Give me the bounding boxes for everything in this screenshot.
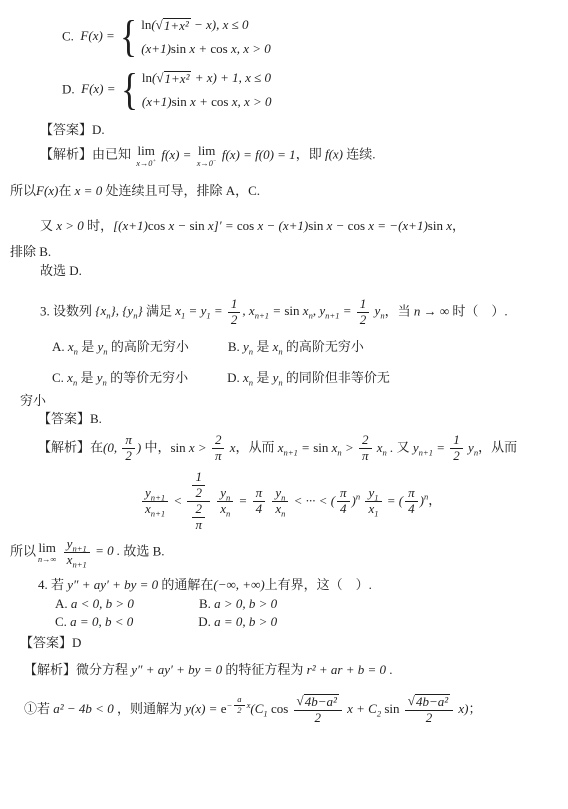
math-run: sin x > 2π x [170,440,235,455]
text-run: C. [55,614,70,629]
text-run: 所以 [10,543,36,558]
fraction: yn+1xn+1 [142,486,168,517]
q2-analysis: 【解析】由已知 limx→0+ f(x) = limx→0− f(x) = f(… [10,144,560,167]
math-run: [(x+1)cos x − sin x]′ = cos x − (x+1)sin… [113,218,452,233]
q3-display-formula: yn+1xn+1 < 122π ynxn = π4 ynxn < ··· < (… [10,470,560,533]
text-run: 排除 B. [10,244,51,259]
text-run: 是 [253,370,273,385]
document-page: C. F(x) = ln(1+x² − x), x ≤ 0(x+1)sin x … [0,0,568,809]
text-run: ，当 [385,303,414,318]
sqrt-radical: 1+x² [156,71,191,87]
text-run: 时， [84,218,113,233]
text-run: ，从而 [478,440,517,455]
math-run: a = 0, b < 0 [70,614,133,629]
text-run: D. [62,81,81,96]
q2-option-d: D. F(x) = ln(1+x² + x) + 1, x ≤ 0(x+1)si… [10,69,560,112]
math-run: xn [273,339,283,354]
math-run: F(x) [36,183,58,198]
fraction: 12 [357,297,370,328]
q3-options-ab: A. xn 是 yn 的高阶无穷小 B. yn 是 xn 的高阶无穷小 [10,338,560,357]
fraction: π4 [405,486,418,517]
text-run: D. [227,370,243,385]
piecewise-function: ln(1+x² + x) + 1, x ≤ 0(x+1)sin x + cos … [119,69,272,112]
fraction: 12 [192,470,205,501]
text-run: ， [452,218,465,233]
math-run: a > 0, b > 0 [214,596,277,611]
math-run: yn+1 = 12 yn [413,440,478,455]
math-run: (−∞, +∞) [213,577,264,592]
brace-icon [120,18,137,57]
math-run: yn [243,339,253,354]
math-run: a² − 4b < 0 [53,701,113,716]
text-run: B. [228,339,243,354]
text-run: 上有界，这（ ）. [265,577,372,592]
text-run: 【解析】在 [38,440,103,455]
q3-conclusion: 所以limn→∞ yn+1xn+1 = 0 . 故选 B. [10,537,560,568]
q3-stem: 3. 设数列 {xn}, {yn} 满足 x1 = y1 = 12, xn+1 … [10,297,560,328]
text-run: 满足 [143,303,176,318]
piecewise-function: ln(1+x² − x), x ≤ 0(x+1)sin x + cos x, x… [118,16,271,59]
sqrt-radical: 4b−a² [408,694,450,710]
text-run: 的特征方程为 [222,662,307,677]
math-run: yn+1xn+1 < 122π ynxn = π4 ynxn < ··· < (… [140,493,428,508]
text-run: 【答案】D. [40,122,105,137]
text-run: C. [62,28,80,43]
text-run [188,370,227,385]
text-run: B. [199,596,214,611]
q3-analysis: 【解析】在(0, π2) 中，sin x > 2π x，从而 xn+1 = si… [10,433,560,464]
math-run: xn [68,339,78,354]
fraction: y1x1 [365,486,381,517]
text-run: 处连续且可导，排除 A，C. [105,183,260,198]
math-run: {xn}, {yn} [95,303,142,318]
text-run [134,596,199,611]
math-run: n → ∞ [414,303,449,318]
math-run: yn [97,339,107,354]
text-run: 是 [78,339,98,354]
text-run: 穷小 [20,393,46,408]
math-run: x = 0 [71,183,105,198]
math-run: y(x) = e−a2x(C1 cos 4b−a²2 x + C2 sin 4b… [185,701,468,716]
math-run: a < 0, b > 0 [71,596,134,611]
text-run: 又 [40,218,56,233]
q2-choose-d: 故选 D. [10,262,560,281]
limit-underset: limx→0− [197,144,217,167]
fraction: a2 [234,695,244,716]
fraction: 12 [450,433,463,464]
text-run: 又 [393,440,413,455]
text-run: 【解析】由已知 [40,147,134,162]
text-run: A. [55,596,71,611]
limit-underset: limx→0+ [136,144,156,167]
text-run: 故选 B. [120,543,164,558]
sqrt-radical: 1+x² [156,18,191,34]
fraction: 2π [212,433,225,464]
text-run: 故选 D. [40,263,82,278]
text-run: 是 [253,339,273,354]
fraction: 122π [187,470,210,533]
math-run: (0, π2) [103,440,141,455]
text-run: 的同阶但非等价无 [283,370,390,385]
text-run: D. [198,614,214,629]
text-run: 是 [77,370,97,385]
text-run: 时（ ）. [449,303,508,318]
fraction: 2π [359,433,372,464]
math-run: F(x) = ln(1+x² − x), x ≤ 0(x+1)sin x + c… [80,28,270,43]
q2-analysis-3: 又 x > 0 时，[(x+1)cos x − sin x]′ = cos x … [10,217,560,236]
fraction: 2π [192,502,205,533]
q2-eliminate-b: 排除 B. [10,243,560,262]
text-run: ①若 [24,701,53,716]
fraction: ynxn [217,486,233,517]
text-run: . [386,662,393,677]
math-run: limn→∞ yn+1xn+1 = 0 . [36,543,120,558]
math-run: yn [97,370,107,385]
text-run: 【答案】D [20,635,81,650]
fraction: 4b−a²2 [405,694,453,726]
math-run: f(x) [325,147,343,162]
text-run: 的通解在 [158,577,213,592]
math-run: F(x) = ln(1+x² + x) + 1, x ≤ 0(x+1)sin x… [81,81,271,96]
q3-stem-cont: 穷小 [10,392,560,411]
fraction: π2 [122,433,135,464]
math-run: r² + ar + b = 0 [307,662,386,677]
q4-answer: 【答案】D [10,634,560,653]
math-run: x > 0 [56,218,84,233]
q2-answer: 【答案】D. [10,121,560,140]
fraction: π4 [337,486,350,517]
text-run: 【答案】B. [38,411,102,426]
fraction: π4 [253,486,266,517]
text-run [133,614,198,629]
math-run: limx→0+ f(x) = limx→0− f(x) = f(0) = 1 [134,147,295,162]
math-run: xn+1 = sin xn > 2π xn . [278,440,394,455]
text-run: ，则通解为 [114,701,186,716]
text-run: 连续. [343,147,376,162]
q4-options-cd: C. a = 0, b < 0 D. a = 0, b > 0 [10,613,560,632]
math-run: xn [243,370,253,385]
text-run: 在 [58,183,71,198]
q4-analysis: 【解析】微分方程 y″ + ay′ + by = 0 的特征方程为 r² + a… [10,661,560,680]
q4-case-1: ①若 a² − 4b < 0 ，则通解为 y(x) = e−a2x(C1 cos… [10,694,560,726]
q3-answer: 【答案】B. [10,410,560,429]
limit-underset: limn→∞ [38,541,56,564]
math-run: yn [273,370,283,385]
q4-stem: 4. 若 y″ + ay′ + by = 0 的通解在(−∞, +∞)上有界，这… [10,576,560,595]
text-run: ； [468,701,481,716]
text-run: 的等价无穷小 [107,370,188,385]
q4-options-ab: A. a < 0, b > 0 B. a > 0, b > 0 [10,595,560,614]
fraction: ynxn [272,486,288,517]
text-run: 的高阶无穷小 [283,339,364,354]
text-run: 的高阶无穷小 [108,339,189,354]
text-run: 3. 设数列 [40,303,95,318]
fraction: yn+1xn+1 [64,537,90,568]
text-run [189,339,228,354]
text-run: 【解析】微分方程 [24,662,131,677]
text-run: ，从而 [236,440,278,455]
math-run: a = 0, b > 0 [214,614,277,629]
q2-analysis-2: 所以F(x)在 x = 0 处连续且可导，排除 A，C. [10,182,560,201]
q3-options-cd: C. xn 是 yn 的等价无穷小 D. xn 是 yn 的同阶但非等价无 [10,369,560,388]
text-run: C. [52,370,67,385]
q2-option-c: C. F(x) = ln(1+x² − x), x ≤ 0(x+1)sin x … [10,16,560,59]
fraction: 12 [228,297,241,328]
text-run: ，即 [296,147,325,162]
text-run: 中， [141,440,170,455]
math-run: y″ + ay′ + by = 0 [67,577,158,592]
text-run: 所以 [10,183,36,198]
math-run: xn [67,370,77,385]
text-run: 4. 若 [38,577,67,592]
brace-icon [121,71,138,110]
math-run: x1 = y1 = 12, xn+1 = sin xn, yn+1 = 12 y… [175,303,384,318]
text-run: ， [428,493,441,508]
sqrt-radical: 4b−a² [297,694,339,710]
math-run: y″ + ay′ + by = 0 [131,662,222,677]
text-run: A. [52,339,68,354]
fraction: 4b−a²2 [294,694,342,726]
